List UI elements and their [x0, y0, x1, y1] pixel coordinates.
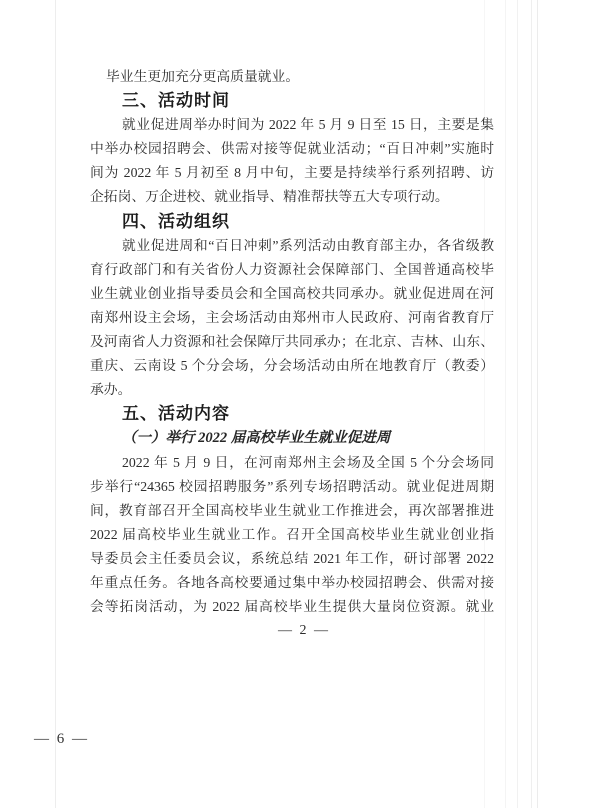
text-line-2: 三、活动时间: [90, 89, 494, 113]
text-line-4: 中举办校园招聘会、供需对接等促就业活动；“百日冲刺”实施时: [90, 137, 494, 161]
text-line-1: 毕业生更加充分更高质量就业。: [90, 65, 494, 89]
scan-artifact-line: [537, 0, 538, 808]
text-line-6: 企拓岗、万企进校、就业指导、精准帮扶等五大专项行动。: [90, 185, 494, 209]
text-line-7: 四、活动组织: [90, 210, 494, 234]
text-line-9: 育行政部门和有关省份人力资源社会保障部门、全国普通高校毕: [90, 258, 494, 282]
text-line-15: 五、活动内容: [90, 402, 494, 426]
text-line-19: 间，教育部召开全国高校毕业生就业工作推进会，再次部署推进: [90, 499, 494, 523]
text-line-21: 导委员会主任委员会议，系统总结 2021 年工作，研讨部署 2022: [90, 547, 494, 571]
text-line-5: 间为 2022 年 5 月初至 8 月中旬，主要是持续举行系列招聘、访: [90, 161, 494, 185]
text-line-23: 会等拓岗活动，为 2022 届高校毕业生提供大量岗位资源。就业: [90, 595, 494, 619]
text-line-11: 南郑州设主会场，主会场活动由郑州市人民政府、河南省教育厅: [90, 306, 494, 330]
text-line-13: 重庆、云南设 5 个分会场，分会场活动由所在地教育厅（教委）: [90, 354, 494, 378]
text-line-8: 就业促进周和“百日冲刺”系列活动由教育部主办，各省级教: [90, 234, 494, 258]
inner-page-number: — 2 —: [0, 619, 608, 643]
text-line-20: 2022 届高校毕业生就业工作。召开全国高校毕业生就业创业指: [90, 523, 494, 547]
document-content: 毕业生更加充分更高质量就业。三、活动时间就业促进周举办时间为 2022 年 5 …: [90, 65, 494, 619]
scan-artifact-line: [505, 0, 506, 808]
text-line-3: 就业促进周举办时间为 2022 年 5 月 9 日至 15 日，主要是集: [90, 113, 494, 137]
scan-artifact-line: [531, 0, 532, 808]
text-line-18: 步举行“24365 校园招聘服务”系列专场招聘活动。就业促进周期: [90, 475, 494, 499]
text-line-10: 业生就业创业指导委员会和全国高校共同承办。就业促进周在河: [90, 282, 494, 306]
scan-artifact-line: [517, 0, 518, 808]
text-line-16: （一）举行 2022 届高校毕业生就业促进周: [90, 426, 494, 450]
text-line-17: 2022 年 5 月 9 日，在河南郑州主会场及全国 5 个分会场同: [90, 451, 494, 475]
scanned-document-page: 毕业生更加充分更高质量就业。三、活动时间就业促进周举办时间为 2022 年 5 …: [0, 0, 608, 808]
text-line-14: 承办。: [90, 378, 494, 402]
text-line-22: 年重点任务。各地各高校要通过集中举办校园招聘会、供需对接: [90, 571, 494, 595]
scan-artifact-line: [55, 0, 56, 808]
text-line-12: 及河南省人力资源和社会保障厅共同承办；在北京、吉林、山东、: [90, 330, 494, 354]
outer-page-number: — 6 —: [34, 728, 114, 750]
